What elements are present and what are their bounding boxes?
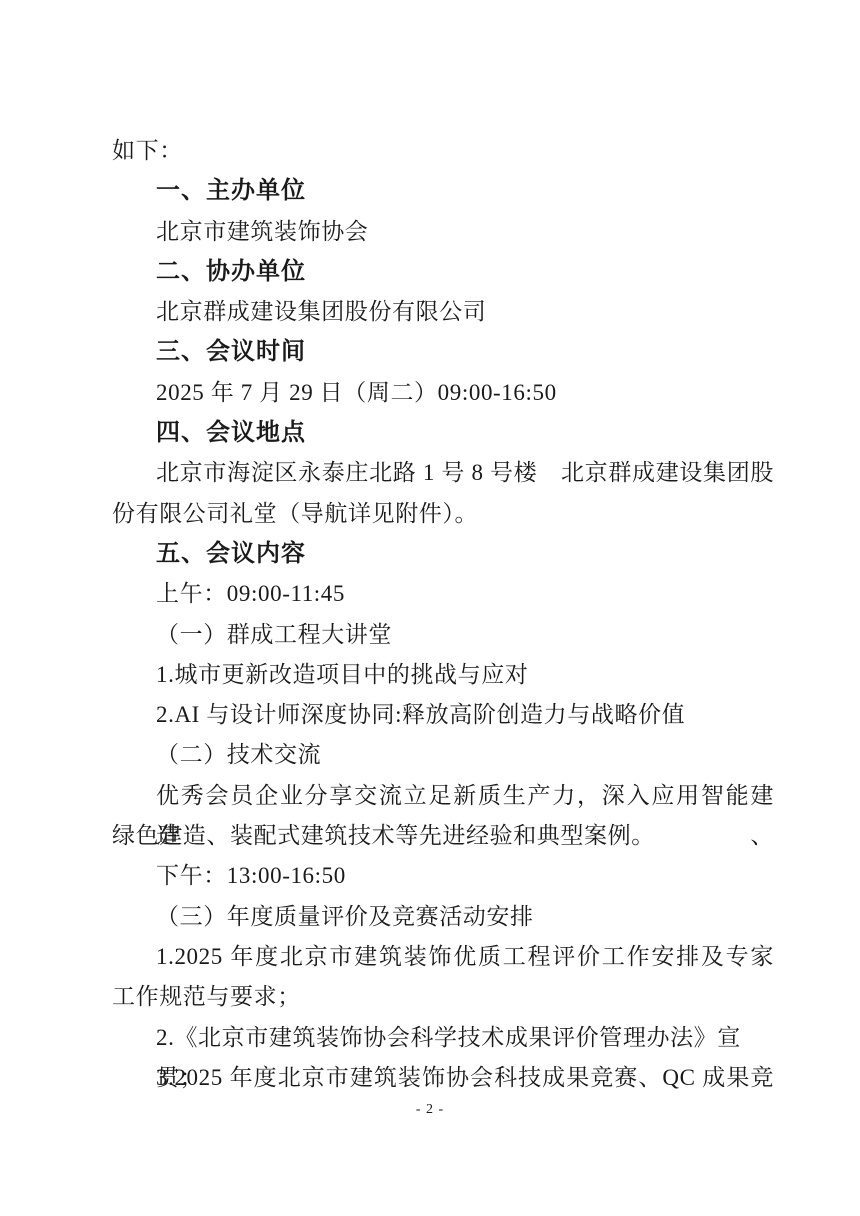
text-line: 优秀会员企业分享交流立足新质生产力，深入应用智能建造、 — [112, 776, 774, 816]
text-line: （一）群成工程大讲堂 — [112, 615, 774, 655]
text-line: 2.AI 与设计师深度协同:释放高阶创造力与战略价值 — [112, 695, 774, 735]
text-line: 如下： — [112, 131, 774, 171]
section-heading: 三、会议时间 — [112, 332, 774, 372]
text-line: 2.《北京市建筑装饰协会科学技术成果评价管理办法》宣贯； — [112, 1018, 774, 1058]
text-line: 北京市海淀区永泰庄北路 1 号 8 号楼 北京群成建设集团股 — [112, 453, 774, 493]
text-line: 下午：13:00-16:50 — [112, 856, 774, 896]
text-line: 北京市建筑装饰协会 — [112, 212, 774, 252]
page-footer: - 2 - — [0, 1102, 860, 1118]
text-line: 2025 年 7 月 29 日（周二）09:00-16:50 — [112, 373, 774, 413]
text-line: 1.2025 年度北京市建筑装饰优质工程评价工作安排及专家 — [112, 937, 774, 977]
section-heading: 二、协办单位 — [112, 252, 774, 292]
text-line: （三）年度质量评价及竞赛活动安排 — [112, 897, 774, 937]
text-line: 上午：09:00-11:45 — [112, 574, 774, 614]
document-page: 如下：一、主办单位北京市建筑装饰协会二、协办单位北京群成建设集团股份有限公司三、… — [0, 0, 860, 1216]
text-line: 工作规范与要求； — [112, 977, 774, 1017]
text-line: 1.城市更新改造项目中的挑战与应对 — [112, 655, 774, 695]
text-line: （二）技术交流 — [112, 735, 774, 775]
section-heading: 一、主办单位 — [112, 171, 774, 211]
document-body: 如下：一、主办单位北京市建筑装饰协会二、协办单位北京群成建设集团股份有限公司三、… — [112, 131, 774, 1098]
section-heading: 四、会议地点 — [112, 413, 774, 453]
section-heading: 五、会议内容 — [112, 534, 774, 574]
text-line: 3.2025 年度北京市建筑装饰协会科技成果竞赛、QC 成果竞 — [112, 1058, 774, 1098]
text-line: 北京群成建设集团股份有限公司 — [112, 292, 774, 332]
text-line: 份有限公司礼堂（导航详见附件）。 — [112, 494, 774, 534]
page-number: - 2 - — [416, 1102, 444, 1117]
